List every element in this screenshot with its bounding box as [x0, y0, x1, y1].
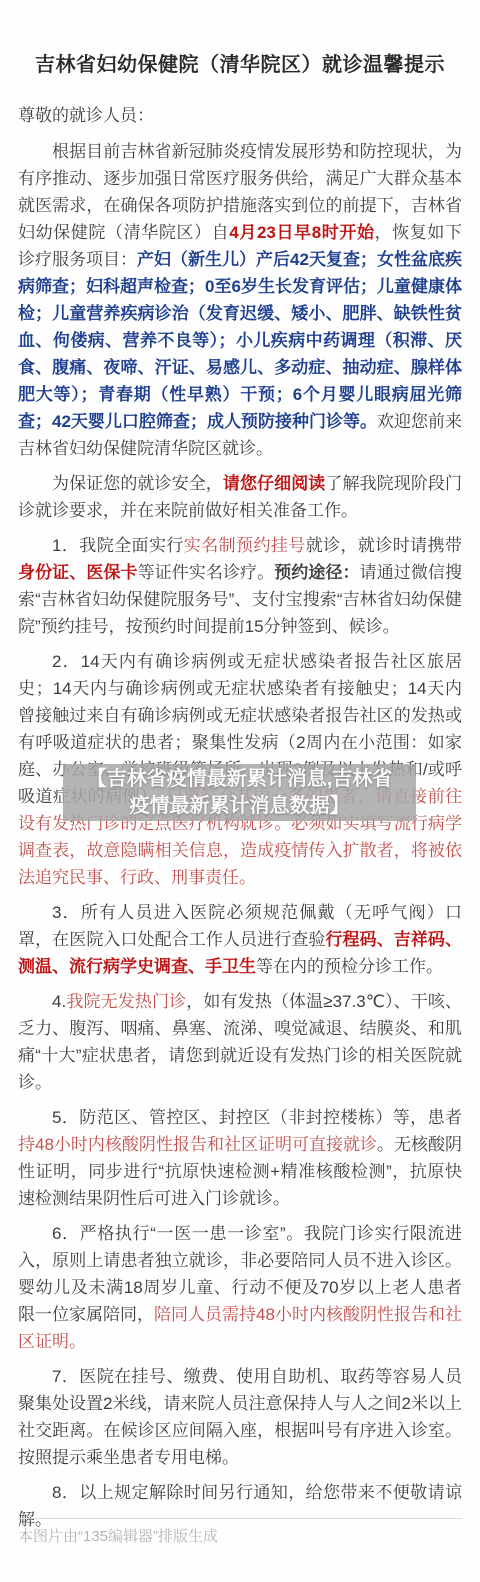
- paragraph: 为保证您的就诊安全，请您仔细阅读了解我院现阶段门诊就诊要求，并在来院前做好相关准…: [18, 470, 462, 524]
- text-segment: 请您仔细阅读: [223, 474, 326, 493]
- text-segment: 4月23日早8时开始: [229, 223, 374, 242]
- text-segment: 等在内的预检分诊工作。: [256, 957, 443, 976]
- watermark-text-line2: 疫情最新累计消息数据】: [130, 793, 350, 820]
- text-segment: 身份证、医保卡: [18, 563, 138, 582]
- paragraph: 3．所有人员进入医院必须规范佩戴（无呼气阀）口罩，在医院入口处配合工作人员进行查…: [18, 899, 462, 980]
- footer: 本图片由“135编辑器”排版生成: [18, 1518, 462, 1547]
- page-title: 吉林省妇幼保健院（清华院区）就诊温馨提示: [18, 0, 462, 84]
- paragraph: 1．我院全面实行实名制预约挂号就诊，就诊时请携带身份证、医保卡等证件实名诊疗。预…: [18, 532, 462, 640]
- document-body: 根据目前吉林省新冠肺炎疫情发展形势和防控现状，为有序推动、逐步加强日常医疗服务供…: [18, 138, 462, 1533]
- text-segment: 7．医院在挂号、缴费、使用自助机、取药等容易人员聚集处设置2米线，请来院人员注意…: [18, 1367, 462, 1467]
- text-segment: 5．防范区、管控区、封控区（非封控楼栋）等，患者: [52, 1108, 462, 1127]
- text-segment: 等证件实名诊疗。: [138, 563, 275, 582]
- text-segment: 1．我院全面实行: [52, 536, 184, 555]
- paragraph: 6．严格执行“一医一患一诊室”。我院门诊实行限流进入，原则上请患者独立就诊，非必…: [18, 1220, 462, 1355]
- text-segment: 实名制预约挂号: [184, 536, 306, 555]
- text-segment: 预约途径：: [274, 563, 359, 582]
- text-segment: 就诊，就诊时请携带: [306, 536, 462, 555]
- paragraph: 4.我院无发热门诊，如有发热（体温≥37.3℃）、干咳、乏力、腹泻、咽痛、鼻塞、…: [18, 988, 462, 1096]
- text-segment: 持48小时内核酸阴性报告和社区证明可直接就诊: [18, 1135, 377, 1154]
- salutation: 尊敬的就诊人员：: [18, 102, 462, 129]
- paragraph: 5．防范区、管控区、封控区（非封控楼栋）等，患者持48小时内核酸阴性报告和社区证…: [18, 1104, 462, 1212]
- watermark-text-line1: 【吉林省疫情最新累计消息,吉林省: [87, 766, 393, 793]
- paragraph: 7．医院在挂号、缴费、使用自助机、取药等容易人员聚集处设置2米线，请来院人员注意…: [18, 1363, 462, 1471]
- text-segment: 4.: [52, 992, 66, 1011]
- paragraph: 根据目前吉林省新冠肺炎疫情发展形势和防控现状，为有序推动、逐步加强日常医疗服务供…: [18, 138, 462, 462]
- text-segment: 我院无发热门诊: [66, 992, 186, 1011]
- text-segment: 为保证您的就诊安全，: [52, 474, 223, 493]
- editor-credit: 本图片由“135编辑器”排版生成: [18, 1527, 462, 1547]
- text-segment: 产妇（新生儿）产后42天复查；女性盆底疾病筛查；妇科超声检查；0至6岁生长发育评…: [18, 250, 462, 431]
- watermark-overlay: 【吉林省疫情最新累计消息,吉林省 疫情最新累计消息数据】: [63, 764, 416, 821]
